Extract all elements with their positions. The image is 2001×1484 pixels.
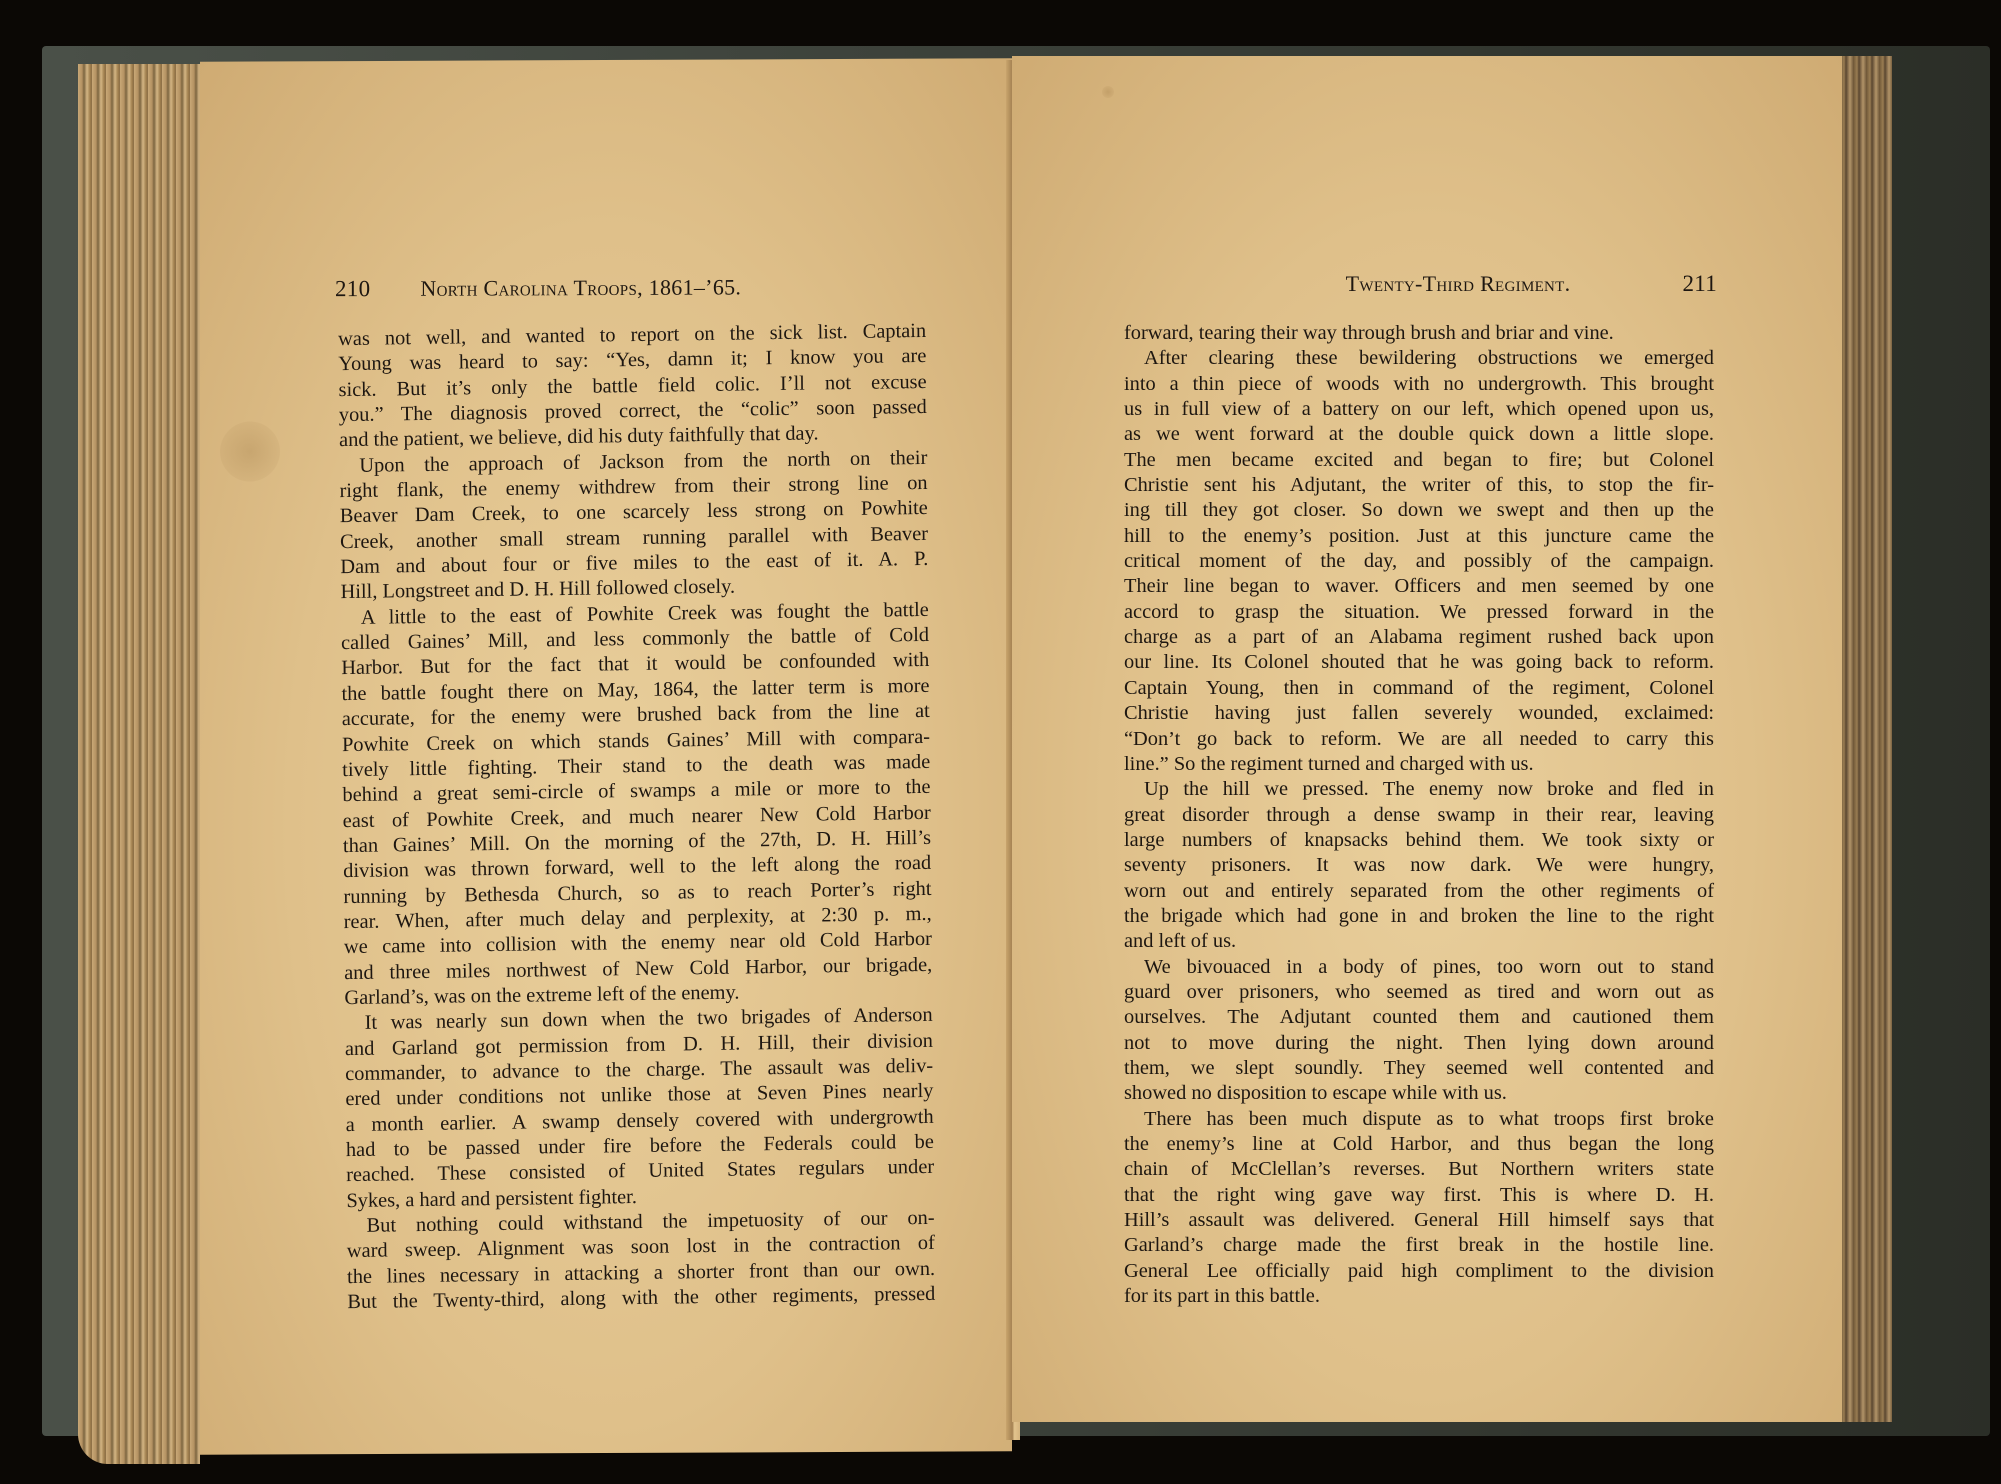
text-line: We bivouaced in a body of pines, too wor… <box>1124 955 1714 980</box>
page-number: 211 <box>1682 271 1717 297</box>
right-running-head: Twenty-Third Regiment. 211 <box>1117 271 1717 297</box>
text-line: the brigade which had gone in and broken… <box>1124 904 1714 929</box>
text-line: them, we slept soundly. They seemed well… <box>1124 1056 1714 1081</box>
text-line: charge as a part of an Alabama regiment … <box>1124 625 1714 650</box>
paper-stain <box>1102 86 1114 98</box>
text-line: line.” So the regiment turned and charge… <box>1124 752 1714 777</box>
text-line: critical moment of the day, and possibly… <box>1124 549 1714 574</box>
text-line: hill to the enemy’s position. Just at th… <box>1124 524 1714 549</box>
text-line: forward, tearing their way through brush… <box>1124 321 1714 346</box>
text-line: as we went forward at the double quick d… <box>1124 422 1714 447</box>
text-line: Christie sent his Adjutant, the writer o… <box>1124 473 1714 498</box>
text-line: The men became excited and began to fire… <box>1124 448 1714 473</box>
paper-stain <box>220 421 280 481</box>
page-edges-left <box>78 64 200 1464</box>
page-number: 210 <box>335 276 370 302</box>
text-line: Christie having just fallen severely wou… <box>1124 701 1714 726</box>
text-line: Hill’s assault was delivered. General Hi… <box>1124 1208 1714 1233</box>
text-line: accord to grasp the situation. We presse… <box>1124 600 1714 625</box>
right-page: Twenty-Third Regiment. 211 forward, tear… <box>1012 56 1842 1422</box>
text-line: us in full view of a battery on our left… <box>1124 397 1714 422</box>
right-page-body: forward, tearing their way through brush… <box>1124 321 1714 1309</box>
text-line: After clearing these bewildering obstruc… <box>1124 346 1714 371</box>
text-line: that the right wing gave way first. This… <box>1124 1183 1714 1208</box>
text-line: General Lee officially paid high complim… <box>1124 1259 1714 1284</box>
running-head-title: Twenty-Third Regiment. <box>1346 271 1571 297</box>
left-running-head: 210 North Carolina Troops, 1861–’65. <box>335 273 1005 302</box>
text-line: for its part in this battle. <box>1124 1284 1714 1309</box>
text-line: “Don’t go back to reform. We are all nee… <box>1124 727 1714 752</box>
text-line: There has been much dispute as to what t… <box>1124 1107 1714 1132</box>
text-line: showed no disposition to escape while wi… <box>1124 1081 1714 1106</box>
left-page-body: was not well, and wanted to report on th… <box>338 319 935 1316</box>
text-line: Up the hill we pressed. The enemy now br… <box>1124 777 1714 802</box>
text-line: large numbers of knapsacks behind them. … <box>1124 828 1714 853</box>
running-head-title: North Carolina Troops, 1861–’65. <box>420 274 741 301</box>
text-line: Their line began to waver. Officers and … <box>1124 574 1714 599</box>
text-line: chain of McClellan’s reverses. But North… <box>1124 1157 1714 1182</box>
page-edges-right <box>1840 56 1892 1422</box>
text-line: great disorder through a dense swamp in … <box>1124 803 1714 828</box>
text-line: worn out and entirely separated from the… <box>1124 879 1714 904</box>
text-line: Captain Young, then in command of the re… <box>1124 676 1714 701</box>
text-line: into a thin piece of woods with no under… <box>1124 372 1714 397</box>
text-line: Garland’s charge made the first break in… <box>1124 1233 1714 1258</box>
text-line: our line. Its Colonel shouted that he wa… <box>1124 650 1714 675</box>
left-page: 210 North Carolina Troops, 1861–’65. was… <box>200 58 1012 1455</box>
text-line: the enemy’s line at Cold Harbor, and thu… <box>1124 1132 1714 1157</box>
text-line: guard over prisoners, who seemed as tire… <box>1124 980 1714 1005</box>
text-line: ourselves. The Adjutant counted them and… <box>1124 1005 1714 1030</box>
text-line: and left of us. <box>1124 929 1714 954</box>
text-line: not to move during the night. Then lying… <box>1124 1031 1714 1056</box>
text-line: seventy prisoners. It was now dark. We w… <box>1124 853 1714 878</box>
text-line: ing till they got closer. So down we swe… <box>1124 498 1714 523</box>
